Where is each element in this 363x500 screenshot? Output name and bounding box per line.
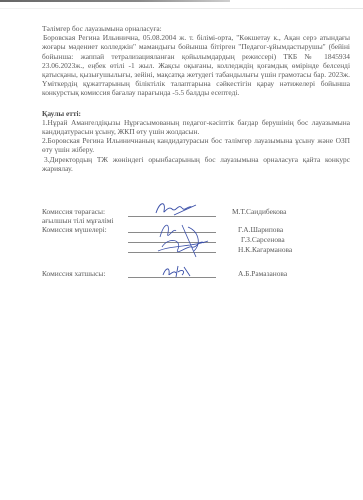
- decision-1: 1.Нұрай Амангелдіқызы Нұрғасымованың пед…: [42, 118, 350, 136]
- scan-top-edge: [0, 0, 230, 2]
- chair-name: М.Т.Саидибекова: [232, 207, 286, 216]
- scan-header-line: [0, 8, 363, 9]
- member-1-name: Г.А.Шарипова: [238, 225, 283, 234]
- resolved-heading: Қаулы етті:: [42, 109, 350, 118]
- member-2-name: Г.З.Сарсенова: [241, 235, 285, 244]
- chair-label: Комиссия төрағасы:: [42, 207, 105, 216]
- member-3-name: Н.К.Кагарманова: [238, 245, 292, 254]
- decision-3: 3.Директордың ТЖ жөніндегі орынбасарының…: [42, 155, 350, 173]
- candidate-paragraph: Боровская Регина Ильинична, 05.08.2004 ж…: [42, 33, 350, 97]
- members-signature-icon: [152, 217, 212, 261]
- document-body: Тәлімгер бос лауазымына орналасуға: Боро…: [42, 24, 350, 173]
- secretary-name: А.Б.Рамазанова: [238, 269, 287, 278]
- decision-2: 2.Боровская Регина Ильиничнаның кандидат…: [42, 136, 350, 154]
- chair-subtitle: ағылшын тілі мұғалімі: [42, 216, 114, 225]
- secretary-label: Комиссия хатшысы:: [42, 269, 105, 278]
- chair-signature-icon: [152, 199, 202, 219]
- members-label: Комиссия мүшелері:: [42, 225, 107, 234]
- secretary-signature-icon: [160, 263, 196, 279]
- intro-line: Тәлімгер бос лауазымына орналасуға:: [42, 24, 350, 33]
